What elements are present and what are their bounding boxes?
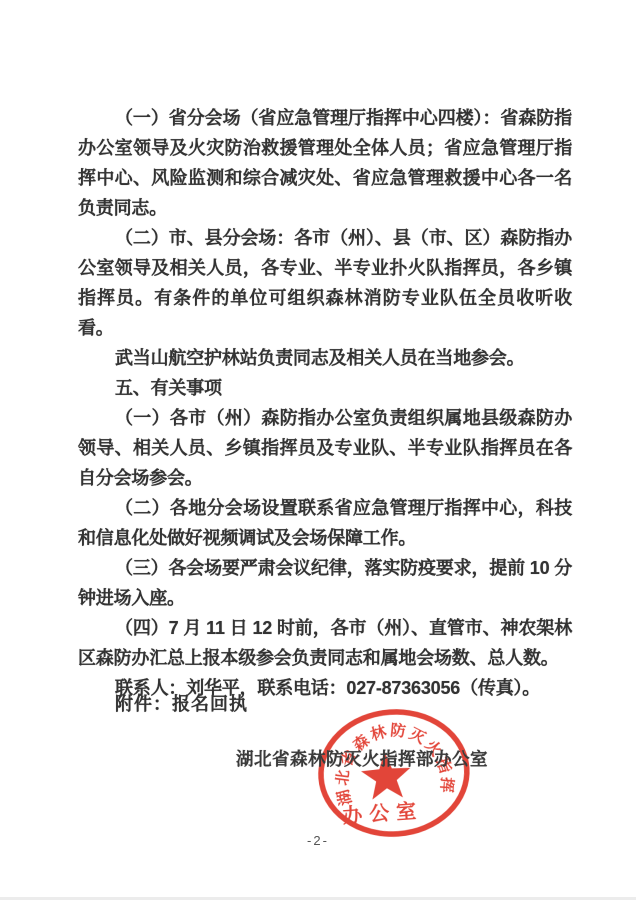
signature-line: 湖北省森林防灭火指挥部办公室 <box>236 746 488 771</box>
paragraph: （一）各市（州）森防指办公室负责组织属地县级森防办领导、相关人员、乡镇指挥员及专… <box>78 403 572 493</box>
paragraph: （三）各会场要严肃会议纪律，落实防疫要求，提前 10 分钟进场入座。 <box>78 553 572 613</box>
document-page: （一）省分会场（省应急管理厅指挥中心四楼）：省森防指办公室领导及火灾防治救援管理… <box>0 0 636 900</box>
paragraph: （二）市、县分会场：各市（州）、县（市、区）森防指办公室领导及相关人员，各专业、… <box>78 223 572 343</box>
paragraph: （四）7 月 11 日 12 时前，各市（州）、直管市、神农架林区森防办汇总上报… <box>78 613 572 673</box>
paragraph: 五、有关事项 <box>78 373 572 403</box>
official-seal-stamp: 湖北省森林防灭火指挥部 办公室 <box>309 699 478 850</box>
paragraph: （一）省分会场（省应急管理厅指挥中心四楼）：省森防指办公室领导及火灾防治救援管理… <box>78 103 572 223</box>
attachment-line: 附件：报名回执 <box>115 690 248 716</box>
paragraph: 武当山航空护林站负责同志及相关人员在当地参会。 <box>78 343 572 373</box>
document-body: （一）省分会场（省应急管理厅指挥中心四楼）：省森防指办公室领导及火灾防治救援管理… <box>78 103 572 703</box>
paragraph: （二）各地分会场设置联系省应急管理厅指挥中心，科技和信息化处做好视频调试及会场保… <box>78 493 572 553</box>
